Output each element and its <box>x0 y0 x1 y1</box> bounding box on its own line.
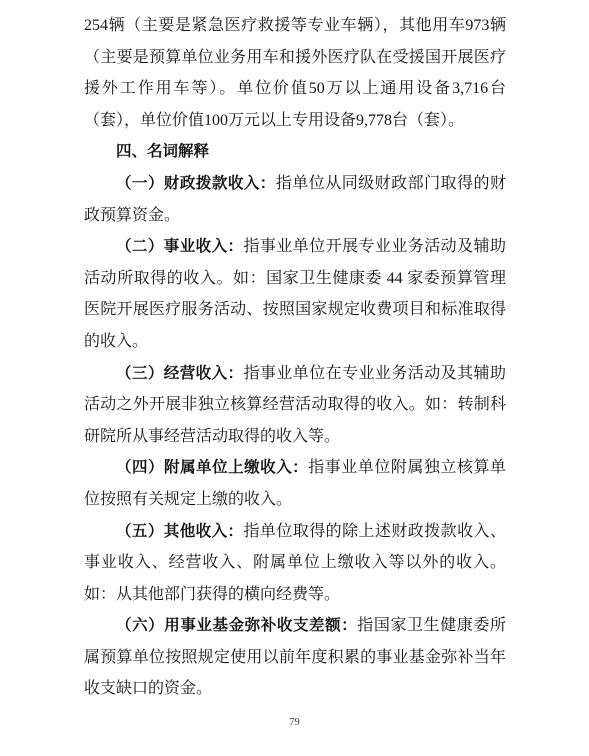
term-label: （一）财政拨款收入： <box>116 175 276 192</box>
document-page: 254辆（主要是紧急医疗救援等专业车辆），其他用车973辆（主要是预算单位业务用… <box>0 0 589 756</box>
document-body: 254辆（主要是紧急医疗救援等专业车辆），其他用车973辆（主要是预算单位业务用… <box>84 10 506 705</box>
term-label: （六）用事业基金弥补收支差额： <box>116 617 357 634</box>
paragraph: 254辆（主要是紧急医疗救援等专业车辆），其他用车973辆（主要是预算单位业务用… <box>84 10 506 136</box>
paragraph: （五）其他收入：指单位取得的除上述财政拨款收入、事业收入、经营收入、附属单位上缴… <box>84 516 506 611</box>
paragraph: （四）附属单位上缴收入：指事业单位附属独立核算单位按照有关规定上缴的收入。 <box>84 452 506 515</box>
term-label: （四）附属单位上缴收入： <box>116 459 308 476</box>
term-label: （三）经营收入： <box>116 365 243 382</box>
section-heading: 四、名词解释 <box>84 136 506 168</box>
term-label: 四、名词解释 <box>116 143 209 160</box>
term-label: （五）其他收入： <box>116 523 243 540</box>
paragraph: （三）经营收入：指事业单位在专业业务活动及其辅助活动之外开展非独立核算经营活动取… <box>84 358 506 453</box>
paragraph: （一）财政拨款收入：指单位从同级财政部门取得的财政预算资金。 <box>84 168 506 231</box>
page-number: 79 <box>0 717 589 728</box>
paragraph-text: 254辆（主要是紧急医疗救援等专业车辆），其他用车973辆（主要是预算单位业务用… <box>84 17 506 129</box>
term-label: （二）事业收入： <box>116 238 243 255</box>
paragraph: （二）事业收入：指事业单位开展专业业务活动及辅助活动所取得的收入。如：国家卫生健… <box>84 231 506 357</box>
paragraph: （六）用事业基金弥补收支差额：指国家卫生健康委所属预算单位按照规定使用以前年度积… <box>84 610 506 705</box>
